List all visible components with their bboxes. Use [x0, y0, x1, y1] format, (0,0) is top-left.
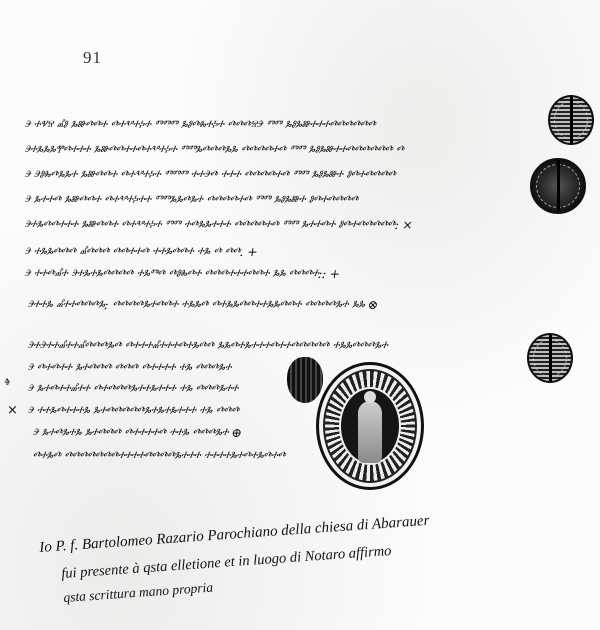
seal-field: [339, 387, 401, 465]
text-line-8: ⰵⰰⰰⰳ ⰼⰰⰰⰴⰴⰴⰳ: ⰴⰴⰴⰴⰳⰰⰴⰴⰰ ⰰⰳⰳⰴ ⰴⰰⰳⰳⰴⰴⰰⰰⰳⰳⰴ…: [26, 297, 553, 313]
saint-figure-icon: [358, 401, 382, 463]
manuscript-page: 91 ⰵ ⰰⱌⱄ ⰼⱁ ⰳⱆⰴⰴⰰ ⰴⰰⰲⰰⰽⰰ ⱅⱅⱅ ⰳⱁⰴⰸⰰⰽⰰ ⰴⰴⰴ…: [0, 0, 600, 630]
round-seal-middle-icon: [527, 333, 573, 383]
text-line-7: ⰵ ⰰⰰⰴⰼⰰ ⰵⰰⰳⰰⰳⰴⰴⰴⰴ ⰰⰳⱅⰴ ⰴⱁⰸⰴⰰ ⰴⰴⰴⰰⰰⰰⰴⰴⰰ ⰳ…: [23, 266, 495, 282]
text-line-11: ⰵ ⰳⰰⰴⰰⰰⰼⰰⰰ ⰴⰰⰴⰴⰴⰳⰰⰰⰳⰰⰰⰰ ⰰⰳ ⰴⰴⰴⰳⰰⰰ: [26, 381, 283, 397]
text-line-5: ⰵⰰⰳⰴⰴⰰⰰⰰ ⰳⱆⰴⰴⰰ ⰴⰰⰲⰰⰽⰰ ⱅⱅ ⰰⰴⰳⰳⰰⰰⰰ ⰴⰴⰴⰴⰰⰴ …: [23, 217, 550, 233]
dark-seal-icon: [287, 357, 323, 403]
text-line-12: ⰵ ⰰⰰⰳⰴⰰⰰⰰⰳ ⰳⰰⰴⰴⰴⰴⰴⰳⰰⰳⰰⰳⰰⰰⰰ ⰰⰳ ⰴⰴⰴ: [26, 403, 313, 419]
text-line-3: ⰵ ⰵⱁⰸⰴⰳⰳⰰ ⰳⱆⰴⰴⰰ ⰴⰰⰲⰰⰽⰰ ⱅⱅⱅ ⰰⰰⰵⰴ ⰰⰰⰰ ⰴⰴⰴⰴ…: [23, 167, 530, 183]
attestation-line-3: qsta scrittura mano propria: [63, 580, 214, 606]
text-line-4: ⰵ ⰳⰰⰰⰴ ⰳⱆⰴⰴⰰ ⰴⰰⰲⰰⰽⰰⰰ ⱅⱅⰳⰳⰴⰳⰰ ⰴⰴⰴⰴⰰⰴ ⱅⱅ ⰳ…: [23, 192, 530, 208]
text-line-14: ⰴⰰⰳⰴ ⰴⰴⰴⰴⰴⰴⰴⰰⰰⰰⰰⰴⰴⰴⰴⰳⰰⰰⰰ ⰰⰰⰰⰰⰳⰰⰴⰰⰳⰴⰰⰴ: [31, 448, 318, 464]
round-seal-upper-icon: [530, 158, 586, 214]
text-line-13: ⰵ ⰳⰰⰴⰳⰰⰳ ⰳⰰⰴⰴⰴ ⰴⰰⰰⰰⰰⰴ ⰰⰰⰳ ⰴⰴⰴⰳⰰ ⊕: [31, 425, 313, 441]
margin-mark-cross-icon: ⱖ: [4, 376, 11, 391]
text-line-9: ⰵⰰⰵⰰⰰⰼⰰⰰⰼⰴⰴⰴⰳⰴ ⰴⰰⰰⰰⰼⰰⰰⰰⰴⰰⰳⰴⰴ ⰳⰳⰴⰰⰳⰰⰰⰰⰴⰰⰰ…: [26, 338, 503, 354]
folio-number: 91: [83, 48, 102, 68]
text-line-6: ⰵ ⰰⰳⰳⰴⰴⰴ ⰼⰴⰴⰴ ⰴⰴⰰⰰⰴ ⰰⰰⰳⰴⰴⰰ ⰰⰳ ⰴ ⰴⰴ. +: [23, 244, 370, 260]
text-line-10: ⰵ ⰴⰰⰴⰰⰰ ⰳⰰⰴⰴⰴ ⰴⰴⰴ ⰴⰰⰰⰰⰰ ⰰⰳ ⰴⰴⰴⰳⰰ: [26, 360, 283, 376]
margin-mark-x-icon: ×: [7, 403, 18, 418]
oval-saint-seal-icon: [316, 362, 424, 490]
round-seal-top-icon: [548, 95, 594, 145]
text-line-2: ⰵⰰⰳⰳⰳⰹⰴⰰⰰⰰ ⰳⱆⰴⰴⰰⰰⰴⰰⰲⰰⰽⰰ ⱅⱅⰳⰴⰴⰴⰳⰳ ⰴⰴⰴⰴⰰⰴ …: [23, 142, 525, 158]
text-line-1: ⰵ ⰰⱌⱄ ⰼⱁ ⰳⱆⰴⰴⰰ ⰴⰰⰲⰰⰽⰰ ⱅⱅⱅ ⰳⱁⰴⰸⰰⰽⰰ ⰴⰴⰴⱄⰵ …: [23, 117, 555, 133]
